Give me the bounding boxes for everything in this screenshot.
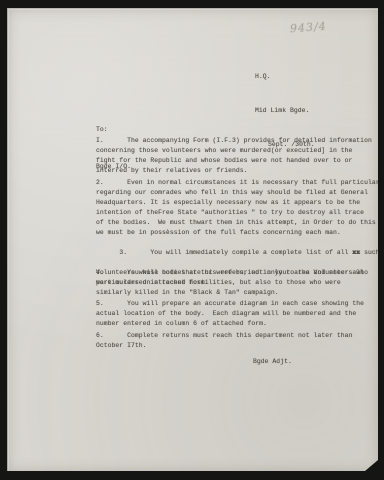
paragraph-5: 5. You will prepare an accurate diagram … [96,299,384,329]
paragraph-2: 2. Even in normal circumstances it is ne… [96,178,384,238]
signature-block: Bgde Adjt. [253,357,292,367]
to-label: To: [96,125,131,135]
letter-paper: 943/4 H.Q. Mid Limk Bgde. Sept. /30th. T… [7,8,378,471]
scanned-letter-photo: 943/4 H.Q. Mid Limk Bgde. Sept. /30th. T… [0,0,384,480]
paper-speck [204,474,207,477]
paragraph-3-text-end: such [360,249,379,256]
letterhead-unit: Mid Limk Bgde. [255,106,315,116]
paragraph-6: 6. Complete returns must reach this depa… [96,331,384,351]
paragraph-1: I. The accompanying Form (I.F.3) provide… [96,136,384,176]
paragraph-3-text-start: 3. You will immediately compile a comple… [119,249,352,256]
paragraph-4: 4. You will note that this refers, not o… [96,268,384,298]
letterhead-org: H.Q. [255,72,315,82]
archival-reference-mark: 943/4 [290,20,328,36]
